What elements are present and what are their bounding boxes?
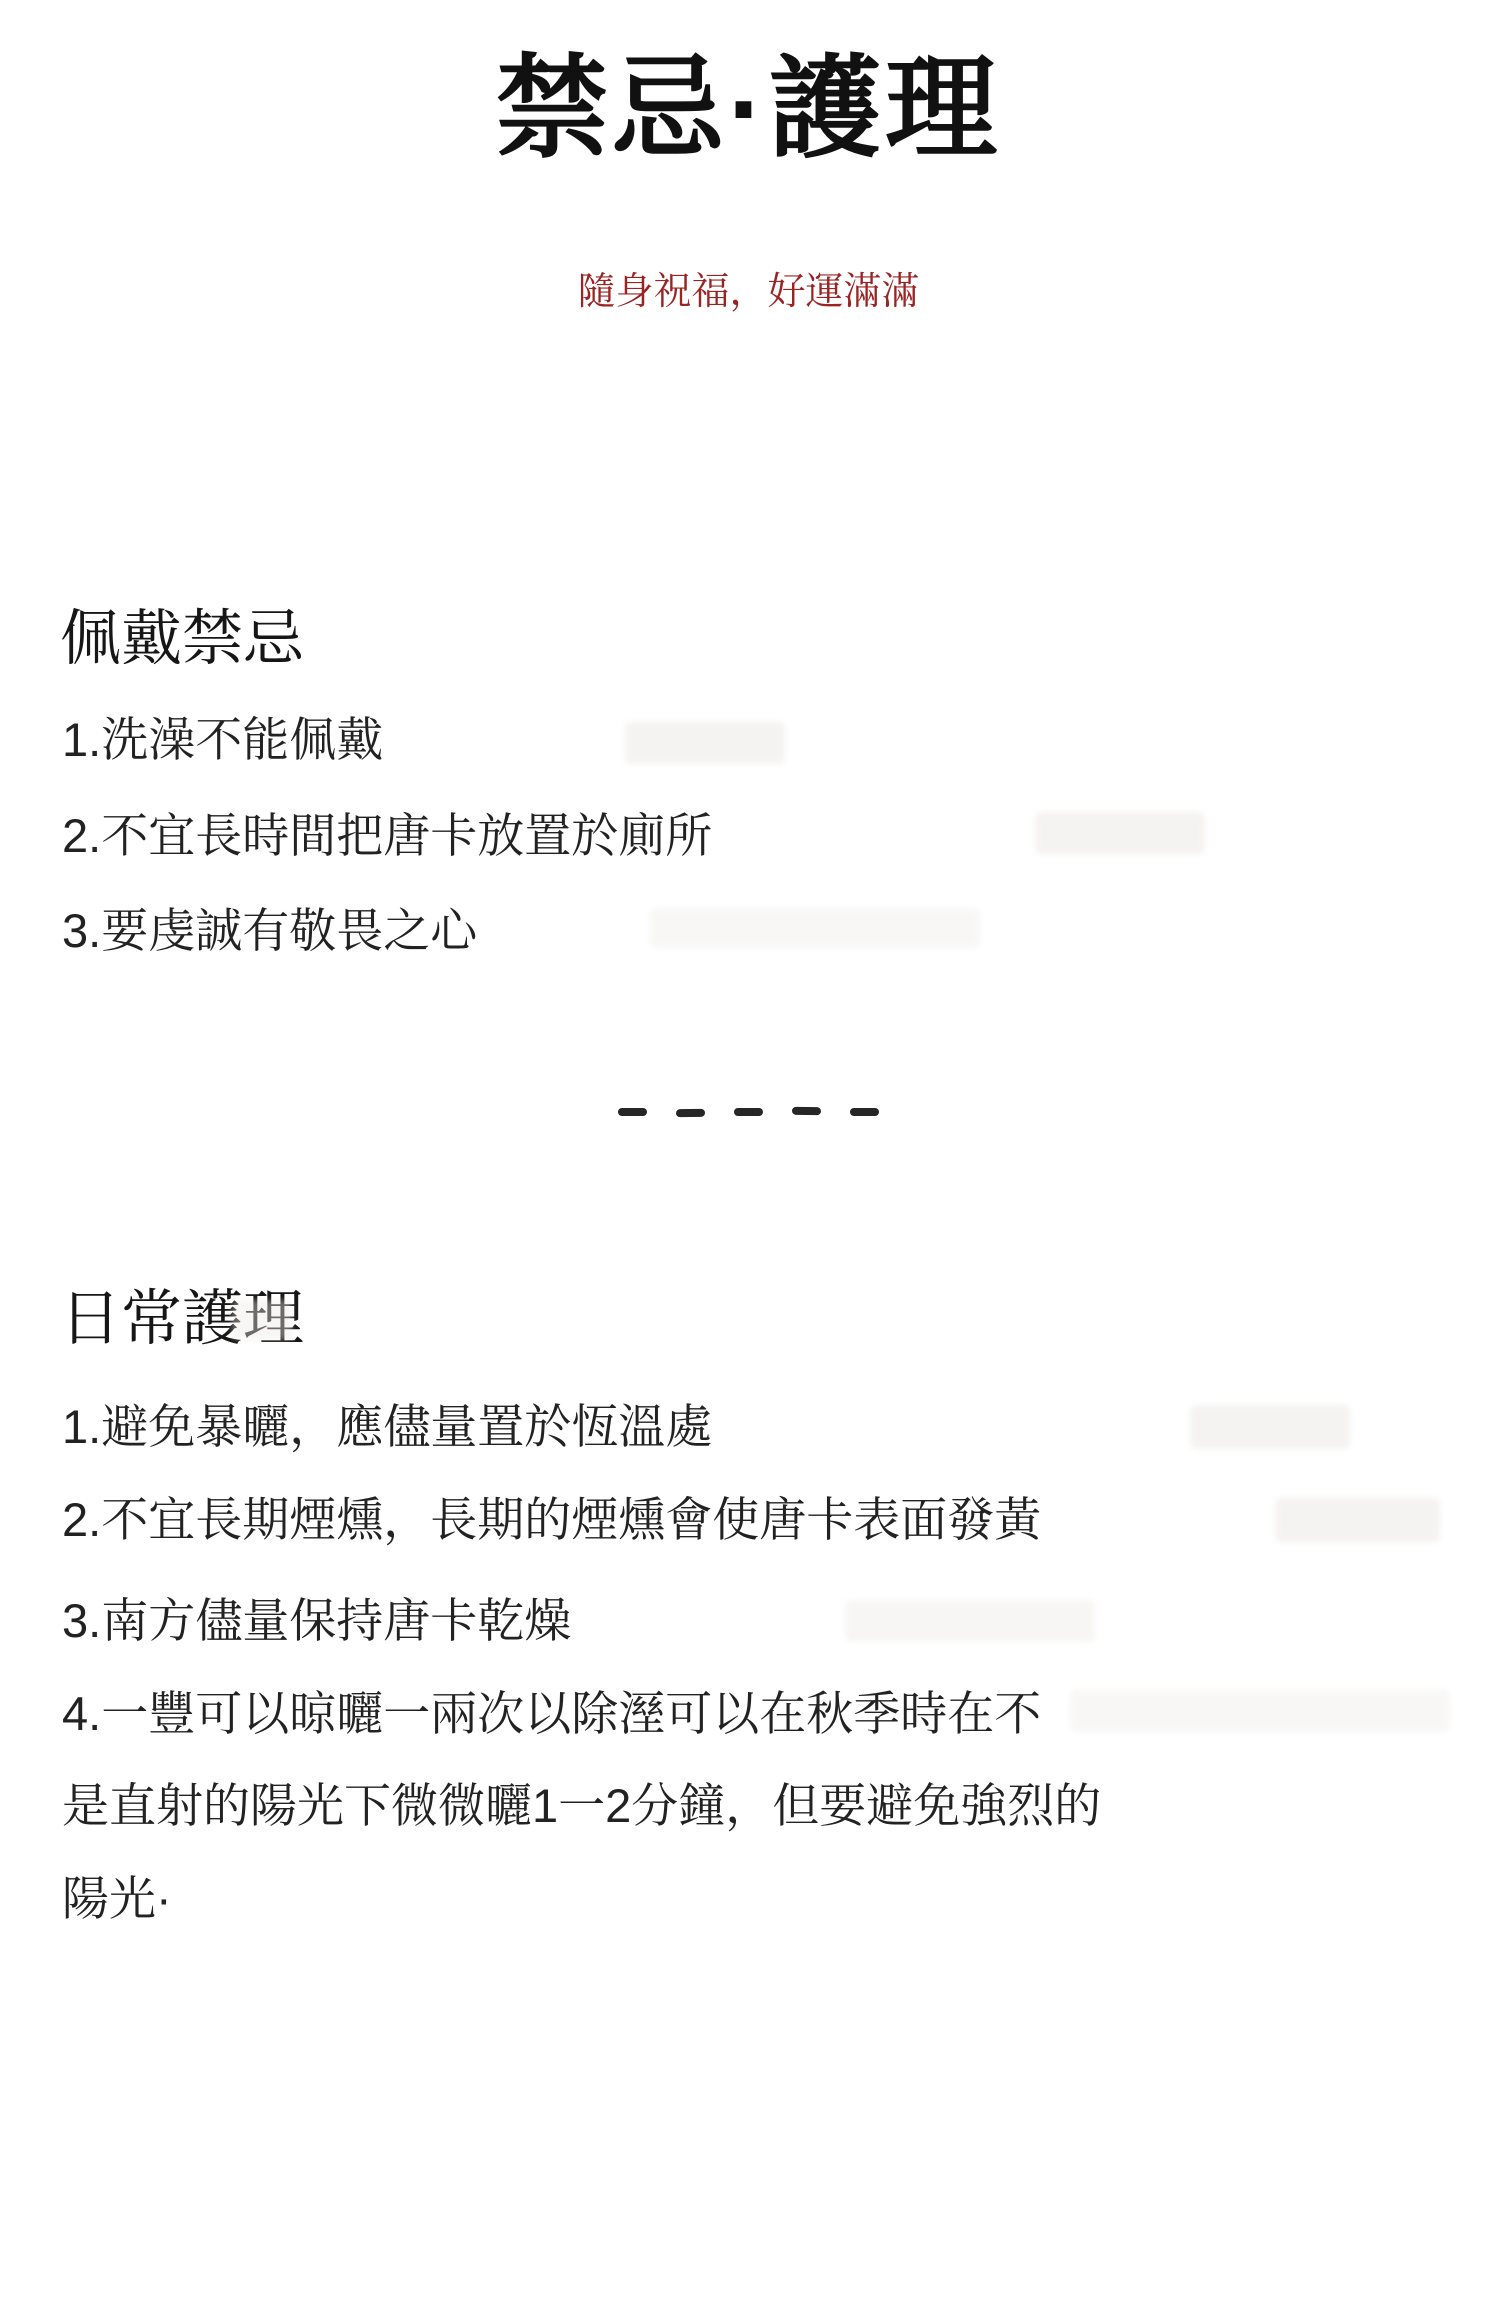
page-title: 禁忌·護理 <box>0 42 1497 176</box>
divider-dash <box>618 1108 647 1116</box>
list-item-continuation: 是直射的陽光下微微曬1一2分鐘，但要避免強烈的 <box>62 1778 1101 1834</box>
care-instructions-page: 禁忌·護理 隨身祝福，好運滿滿 佩戴禁忌 1.洗澡不能佩戴 2.不宜長時間把唐卡… <box>0 0 1497 2305</box>
whiteout-artifact <box>232 1300 292 1340</box>
whiteout-artifact <box>1035 812 1205 854</box>
page-subtitle: 隨身祝福，好運滿滿 <box>0 268 1497 317</box>
list-item: 2.不宜長時間把唐卡放置於廁所 <box>62 808 712 864</box>
divider-dash <box>734 1108 763 1116</box>
whiteout-artifact <box>650 908 980 948</box>
divider-dash <box>792 1107 821 1116</box>
list-item: 3.南方儘量保持唐卡乾燥 <box>62 1593 571 1649</box>
whiteout-artifact <box>1275 1498 1440 1542</box>
whiteout-artifact <box>1190 1405 1350 1449</box>
dashed-divider <box>0 1108 1497 1116</box>
list-item-continuation: 陽光· <box>62 1871 172 1927</box>
divider-dash <box>850 1108 879 1116</box>
section-heading-wearing-taboos: 佩戴禁忌 <box>60 603 304 673</box>
whiteout-artifact <box>845 1600 1095 1642</box>
whiteout-artifact <box>1070 1690 1450 1732</box>
divider-dash <box>676 1109 705 1118</box>
whiteout-artifact <box>625 722 785 764</box>
list-item: 1.洗澡不能佩戴 <box>62 712 383 768</box>
list-item: 1.避免暴曬，應儘量置於恆溫處 <box>62 1399 712 1455</box>
list-item: 3.要虔誠有敬畏之心 <box>62 903 477 959</box>
list-item: 4.一豐可以晾曬一兩次以除溼可以在秋季時在不 <box>62 1686 1041 1742</box>
list-item: 2.不宜長期煙燻，長期的煙燻會使唐卡表面發黃 <box>62 1492 1041 1548</box>
